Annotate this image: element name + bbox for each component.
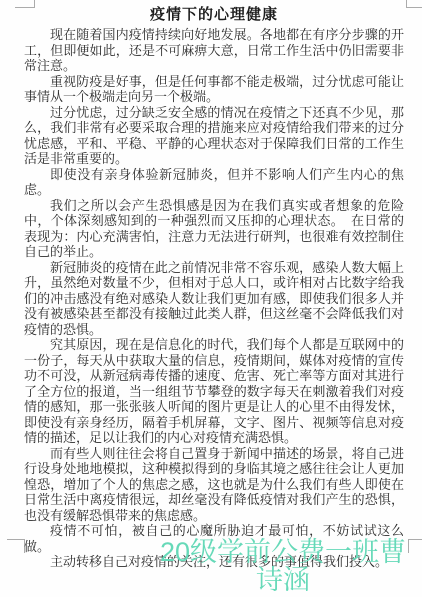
body-paragraph: 我们之所以会产生恐惧感是因为在我们真实或者想象的危险中，个体深刻感知到的一种强烈… [24, 198, 404, 260]
body-paragraph: 而有些人则往往会将自己置身于新闻中描述的场景，将自己进行设身处地地模拟，这种模拟… [24, 446, 404, 524]
body-paragraph: 重视防疫是好事，但是任何事都不能走极端，过分忧虑可能让事情从一个极端走向另一个极… [24, 74, 404, 105]
body-paragraph: 究其原因，现在是信息化的时代，我们每个人都是互联网中的一份子，每天从中获取大量的… [24, 337, 404, 446]
margin-crop-mark-top-right [406, 0, 422, 8]
document-page: 疫情下的心理健康 现在随着国内疫情持续向好地发展。各地都在有序分步骤的开工，但即… [0, 0, 422, 597]
document-body: 现在随着国内疫情持续向好地发展。各地都在有序分步骤的开工，但即便如此，还是不可麻… [24, 27, 404, 570]
document-content: 疫情下的心理健康 现在随着国内疫情持续向好地发展。各地都在有序分步骤的开工，但即… [24, 6, 404, 570]
margin-crop-mark-bottom-left [7, 539, 25, 553]
body-paragraph: 过分忧虑，过分缺乏安全感的情况在疫情之下还真不少见，那么，我们非常有必要采取合理… [24, 105, 404, 167]
body-paragraph: 即使没有亲身体验新冠肺炎，但并不影响人们产生内心的焦虑。 [24, 167, 404, 198]
body-paragraph: 现在随着国内疫情持续向好地发展。各地都在有序分步骤的开工，但即便如此，还是不可麻… [24, 27, 404, 74]
document-title: 疫情下的心理健康 [24, 6, 404, 23]
body-paragraph: 新冠肺炎的疫情在此之前情况非常不容乐观，感染人数大幅上升，虽然绝对数量不少，但相… [24, 260, 404, 338]
signature-text: 20级学前公费一班曹诗涵 [152, 538, 414, 594]
